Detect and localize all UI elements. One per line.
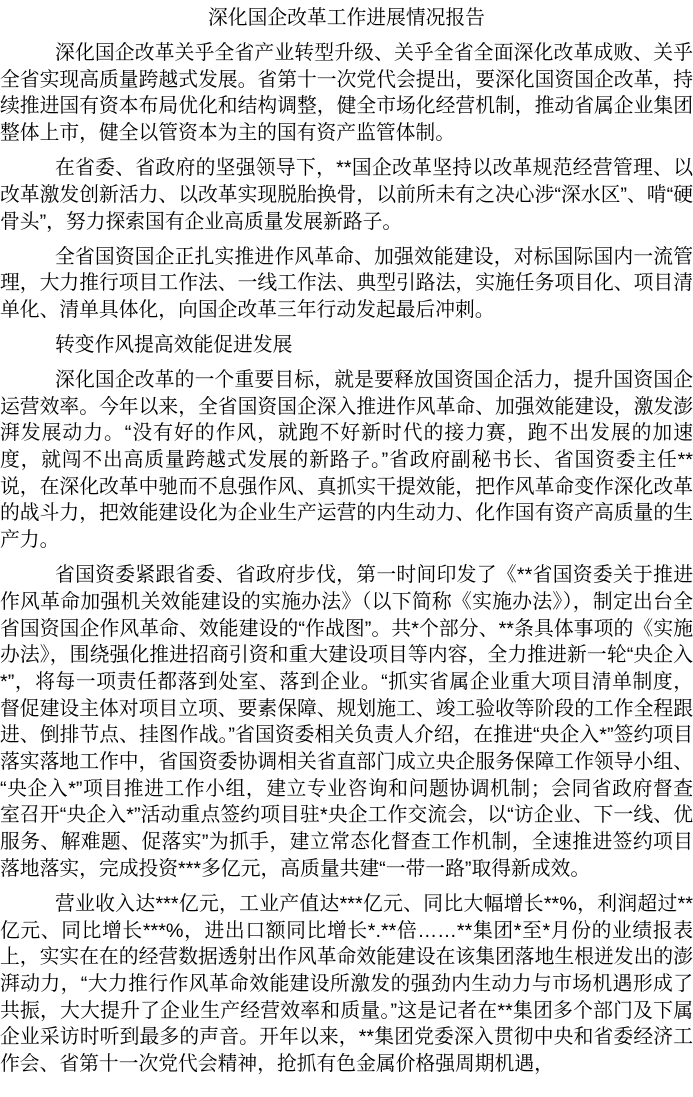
section-heading: 转变作风提高效能促进发展	[0, 332, 693, 359]
paragraph: 深化国企改革关乎全省产业转型升级、关乎全省全面深化改革成败、关乎全省实现高质量跨…	[0, 40, 693, 147]
paragraph: 省国资委紧跟省委、省政府步伐，第一时间印发了《**省国资委关于推进作风革命加强机…	[0, 562, 693, 882]
paragraph: 在省委、省政府的坚强领导下，**国企改革坚持以改革规范经营管理、以改革激发创新活…	[0, 155, 693, 235]
paragraph: 全省国资国企正扎实推进作风革命、加强效能建设，对标国际国内一流管理，大力推行项目…	[0, 244, 693, 324]
document-title: 深化国企改革工作进展情况报告	[0, 5, 693, 32]
paragraph: 营业收入达***亿元，工业产值达***亿元、同比大幅增长**%，利润超过**亿元…	[0, 891, 693, 1078]
document-page: 深化国企改革工作进展情况报告 深化国企改革关乎全省产业转型升级、关乎全省全面深化…	[0, 0, 693, 1097]
paragraph: 深化国企改革的一个重要目标，就是要释放国资国企活力，提升国资国企运营效率。今年以…	[0, 367, 693, 554]
document-body: 深化国企改革关乎全省产业转型升级、关乎全省全面深化改革成败、关乎全省实现高质量跨…	[0, 40, 693, 1078]
